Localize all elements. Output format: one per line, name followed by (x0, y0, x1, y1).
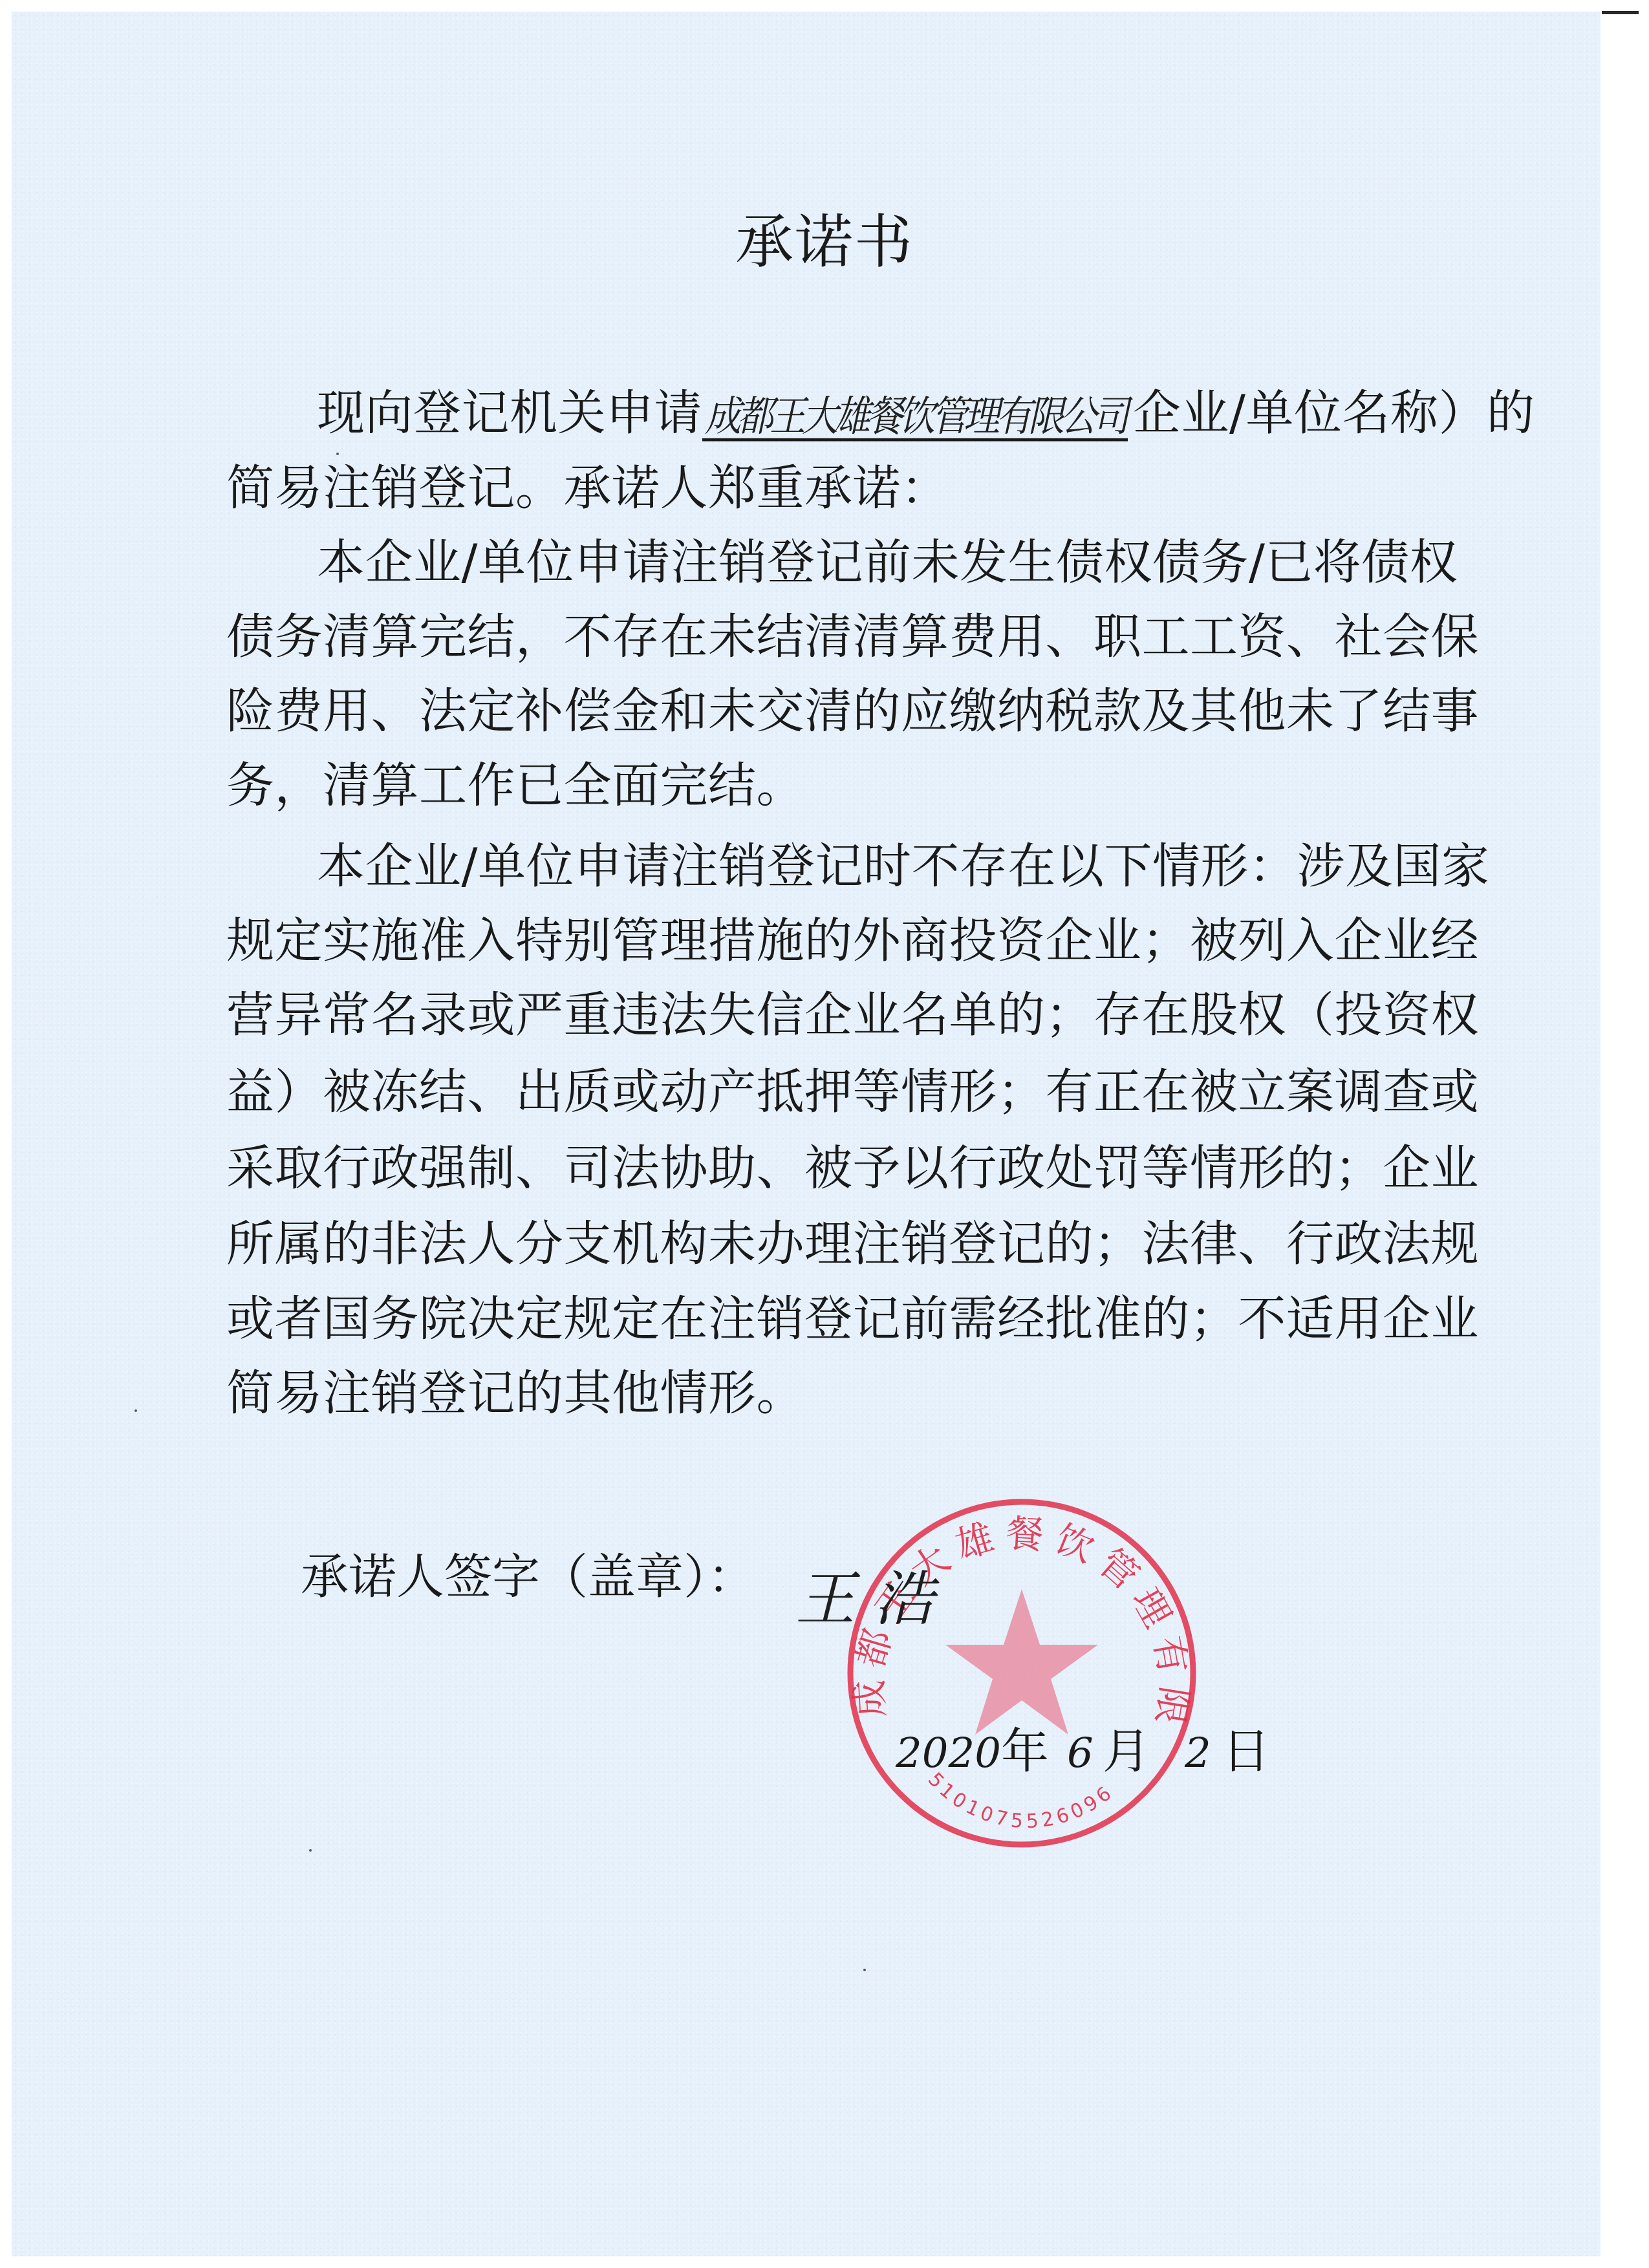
stamp-star-icon (945, 1589, 1098, 1735)
signature-label: 承诺人签字（盖章）： (301, 1553, 755, 1601)
scan-speck (135, 1409, 137, 1412)
paragraph-3-line-6: 所属的非法人分支机构未办理注销登记的；法律、行政法规 (226, 1220, 1352, 1268)
paragraph-3-line-2: 规定实施准入特别管理措施的外商投资企业；被列入企业经 (226, 917, 1352, 965)
paragraph-2-line-1: 本企业/单位申请注销登记前未发生债权债务/已将债权 (317, 539, 1352, 586)
paragraph-3-line-3: 营异常名录或严重违法失信企业名单的；存在股权（投资权 (226, 991, 1352, 1039)
paragraph-3-line-4: 益）被冻结、出质或动产抵押等情形；有正在被立案调查或 (226, 1068, 1352, 1116)
scan-speck (336, 453, 339, 455)
date-month-label: 月 (1103, 1728, 1150, 1775)
date-year-handwritten: 2020 (896, 1728, 1001, 1775)
company-seal-stamp: 成都王大雄餐饮管理有限公司 5101075526096 (841, 1492, 1203, 1854)
paper-sheet (12, 12, 1600, 2256)
paragraph-3-line-8: 简易注销登记的其他情形。 (226, 1369, 1352, 1417)
company-name-handwritten: 成都王大雄餐饮管理有限公司 (702, 397, 1128, 442)
paragraph-1-line-1: 现向登记机关申请成都王大雄餐饮管理有限公司企业/单位名称）的 (317, 389, 1352, 438)
paragraph-2-line-2: 债务清算完结，不存在未结清清算费用、职工工资、社会保 (226, 613, 1352, 661)
paragraph-3-line-5: 采取行政强制、司法协助、被予以行政处罚等情形的；企业 (226, 1144, 1352, 1192)
application-prefix: 现向登记机关申请 (317, 385, 702, 441)
scan-speck (863, 1969, 866, 1971)
date-day-handwritten: 2 (1185, 1728, 1211, 1775)
handwritten-signature: 王浩 (795, 1552, 953, 1637)
paragraph-2-line-4: 务，清算工作已全面完结。 (226, 762, 1352, 809)
scan-edge-mark (1602, 11, 1639, 14)
date-day-label: 日 (1222, 1728, 1270, 1775)
company-name-label: 企业/单位名称）的 (1133, 385, 1535, 441)
paragraph-3-line-1: 本企业/单位申请注销登记时不存在以下情形：涉及国家 (317, 842, 1352, 890)
scan-speck (309, 1849, 312, 1852)
document-title: 承诺书 (0, 213, 1649, 272)
date-year-label: 年 (1001, 1728, 1049, 1775)
paragraph-1-line-2: 简易注销登记。承诺人郑重承诺： (226, 464, 1352, 512)
paragraph-2-line-3: 险费用、法定补偿金和未交清的应缴纳税款及其他未了结事 (226, 687, 1352, 735)
date-month-handwritten: 6 (1067, 1728, 1094, 1775)
paragraph-3-line-7: 或者国务院决定规定在注销登记前需经批准的；不适用企业 (226, 1295, 1352, 1343)
